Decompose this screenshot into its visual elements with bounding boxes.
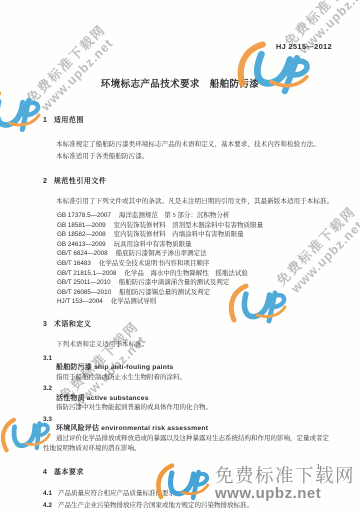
- reference-code: GB/T 25011—2010: [57, 278, 111, 288]
- reference-title: 化学品测试导则: [111, 297, 157, 307]
- reference-code: GB 18581—2009: [57, 221, 106, 231]
- reference-row: GB 18582—2008 室内装饰装修材料 内墙涂料中有害物质限量: [57, 230, 334, 240]
- section-number: 4: [43, 469, 47, 476]
- paragraph: 本标准规定了船舶防污漆类环境标志产品的术语和定义、基本要求、技术内容和检验方法。: [43, 139, 334, 151]
- up-logo-icon: [0, 403, 55, 468]
- term-number: 3.2: [43, 385, 334, 394]
- reference-code: GB/T 21815.1—2008: [57, 269, 116, 279]
- reference-code: GB 18582—2008: [57, 230, 106, 240]
- section-title: 适用范围: [54, 115, 84, 125]
- reference-row: GB/T 26085—2010 船舶防污漆锡总量的测试及判定: [57, 288, 334, 298]
- term-block: 3.1 船舶防污漆 ship anti-fouling paints 指用于船舶…: [43, 355, 334, 384]
- footer-site-banner: 免费标准下载网 www.upbz.net: [154, 461, 355, 507]
- requirement-number: 4.2: [43, 500, 52, 510]
- term-name-en: ship anti-fouling paints: [94, 364, 174, 371]
- term-name-zh: 活性物质: [56, 394, 85, 402]
- reference-title: 海洋监测规范 第 5 部分：沉积物分析: [119, 211, 230, 221]
- document-body: 1 适用范围 本标准规定了船舶防污漆类环境标志产品的术语和定义、基本要求、技术内…: [43, 115, 334, 510]
- reference-code: HJ/T 153—2004: [57, 297, 103, 307]
- section-title: 规范性引用文件: [54, 176, 107, 186]
- footer-site-name: 免费标准下载网: [215, 467, 355, 486]
- term-block: 3.3 环境风险评估 environmental risk assessment…: [43, 416, 334, 455]
- term-definition: 通过评价化学品排放或释放造成的暴露以及这种暴露对生态系统结构和作用的影响，定量或…: [43, 434, 334, 455]
- reference-row: GB/T 25011—2010 船舶防污漆中滴滴涕含量的测试及判定: [57, 278, 334, 288]
- reference-title: 船舶防污漆锡总量的测试及判定: [119, 288, 210, 298]
- section-heading-normative: 2 规范性引用文件: [43, 176, 334, 186]
- section-heading-terms: 3 术语和定义: [43, 319, 334, 329]
- reference-title: 化学品安全技术说明书内容和项目顺序: [99, 259, 210, 269]
- reference-code: GB 17378.5—2007: [57, 211, 111, 221]
- reference-code: GB 24613—2009: [57, 240, 106, 250]
- footer-site-text: 免费标准下载网 www.upbz.net: [215, 467, 355, 501]
- reference-row: GB/T 21815.1—2008 化学品 海水中的生物降解性 摇瓶法试验: [57, 269, 334, 279]
- term-name-en: active substances: [87, 395, 149, 402]
- term-block: 3.2 活性物质 active substances 指防污漆中对生物能起到普遍…: [43, 385, 334, 414]
- term-definition: 指用于船舶控制或防止水生生物附着的涂料。: [43, 373, 334, 384]
- reference-title: 室内装饰装修材料 溶剂型木器涂料中有害物质限量: [114, 221, 264, 231]
- footer-site-url: www.upbz.net: [215, 486, 355, 501]
- section-heading-scope: 1 适用范围: [43, 115, 334, 125]
- section-title: 术语和定义: [54, 319, 92, 329]
- section-number: 1: [43, 117, 47, 124]
- term-name: 船舶防污漆 ship anti-fouling paints: [43, 363, 334, 373]
- reference-row: GB 17378.5—2007 海洋监测规范 第 5 部分：沉积物分析: [57, 211, 334, 221]
- reference-code: GB/T 16483: [57, 259, 91, 269]
- term-name-zh: 环境风险评估: [56, 424, 99, 432]
- reference-list: GB 17378.5—2007 海洋监测规范 第 5 部分：沉积物分析 GB 1…: [43, 211, 334, 307]
- paragraph: 本标准引用了下列文件或其中的条款。凡是未注明日期的引用文件，其最新版本适用于本标…: [43, 196, 334, 208]
- term-name-zh: 船舶防污漆: [56, 363, 92, 371]
- up-logo-icon: [154, 461, 212, 507]
- reference-row: GB 18581—2009 室内装饰装修材料 溶剂型木器涂料中有害物质限量: [57, 221, 334, 231]
- up-logo-icon: [228, 281, 288, 331]
- section-title: 基本要求: [54, 467, 84, 477]
- reference-code: GB/T 26085—2010: [57, 288, 111, 298]
- section-number: 2: [43, 178, 47, 185]
- term-name-en: environmental risk assessment: [101, 425, 208, 432]
- reference-row: HJ/T 153—2004 化学品测试导则: [57, 297, 334, 307]
- requirement-number: 4.1: [43, 488, 52, 501]
- reference-title: 船底防污漆铜离子渗出率测定法: [116, 249, 207, 259]
- term-name: 环境风险评估 environmental risk assessment: [43, 424, 334, 434]
- reference-title: 船舶防污漆中滴滴涕含量的测试及判定: [119, 278, 230, 288]
- term-name: 活性物质 active substances: [43, 394, 334, 404]
- up-logo-icon: [0, 86, 42, 142]
- paragraph: 下列术语和定义适用于本标准。: [43, 339, 334, 351]
- reference-title: 室内装饰装修材料 内墙涂料中有害物质限量: [114, 230, 244, 240]
- reference-row: GB/T 16483 化学品安全技术说明书内容和项目顺序: [57, 259, 334, 269]
- reference-title: 化学品 海水中的生物降解性 摇瓶法试验: [124, 269, 248, 279]
- reference-code: GB/T 6824—2008: [57, 249, 108, 259]
- paragraph: 本标准适用于各类船舶防污漆。: [43, 151, 334, 163]
- term-definition: 指防污漆中对生物能起到普遍的或具体作用的化合物。: [43, 403, 334, 414]
- scanned-standard-page: 免费标准下载网 www.upbz.net 免费标准下载网 www.upbz.ne…: [0, 0, 360, 510]
- reference-row: GB/T 6824—2008 船底防污漆铜离子渗出率测定法: [57, 249, 334, 259]
- reference-title: 玩具用涂料中有害物质限量: [114, 240, 192, 250]
- section-number: 3: [43, 321, 47, 328]
- reference-row: GB 24613—2009 玩具用涂料中有害物质限量: [57, 240, 334, 250]
- up-logo-icon: [232, 31, 315, 111]
